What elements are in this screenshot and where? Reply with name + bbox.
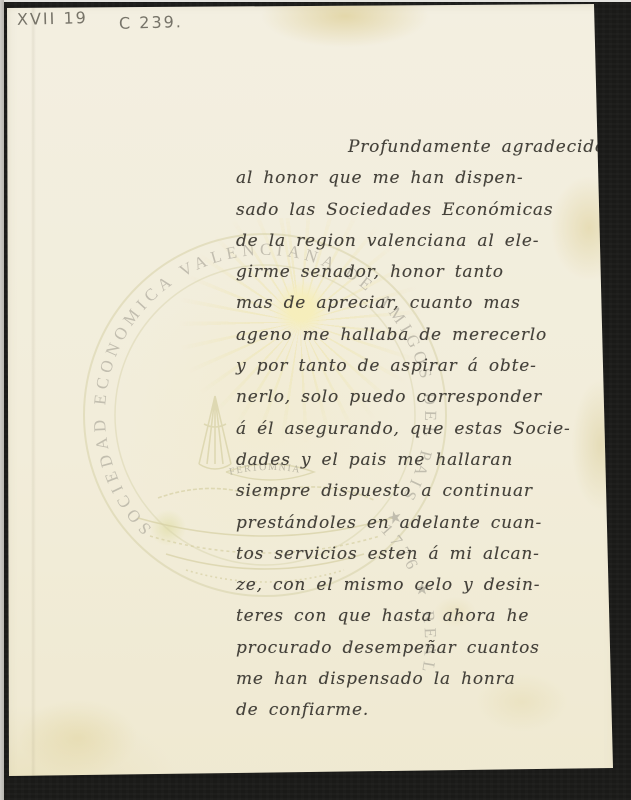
scanner-edge-left bbox=[0, 0, 4, 800]
letter-line: nerlo, solo puedo corresponder bbox=[236, 382, 578, 413]
letter-line: al honor que me han dispen- bbox=[236, 163, 578, 194]
letter-line: prestándoles en adelante cuan- bbox=[236, 508, 578, 539]
letter-line: mas de apreciar, cuanto mas bbox=[236, 288, 578, 319]
scanner-edge-top bbox=[0, 0, 631, 2]
letter-text-block: Profundamente agradecido al honor que me… bbox=[236, 132, 578, 727]
letter-line: teres con que hasta ahora he bbox=[236, 601, 578, 632]
letter-line: ze, con el mismo celo y desin- bbox=[236, 570, 578, 601]
letter-line: ageno me hallaba de merecerlo bbox=[236, 320, 578, 351]
pencil-catalog-number: C 239. bbox=[119, 12, 183, 33]
letter-line: á él asegurando, que estas Socie- bbox=[236, 414, 578, 445]
letter-line: tos servicios esten á mi alcan- bbox=[236, 539, 578, 570]
letter-line: me han dispensado la honra bbox=[236, 664, 578, 695]
scanned-letter-page: SOCIEDAD ECONOMICA VALENCIANA DE AMIGOS … bbox=[0, 0, 631, 800]
letter-line: Profundamente agradecido bbox=[236, 132, 578, 163]
letter-line: sado las Sociedades Económicas bbox=[236, 195, 578, 226]
letter-line: girme senador, honor tanto bbox=[236, 257, 578, 288]
letter-line: y por tanto de aspirar á obte- bbox=[236, 351, 578, 382]
letter-line: de la region valenciana al ele- bbox=[236, 226, 578, 257]
letter-line: siempre dispuesto a continuar bbox=[236, 476, 578, 507]
pencil-shelfmark: XVII 19 bbox=[17, 8, 88, 29]
letter-paper: SOCIEDAD ECONOMICA VALENCIANA DE AMIGOS … bbox=[0, 0, 631, 800]
letter-line: procurado desempeñar cuantos bbox=[236, 633, 578, 664]
letter-line: dades y el pais me hallaran bbox=[236, 445, 578, 476]
seal-wheat-sheaf-icon bbox=[199, 396, 231, 469]
letter-line: de confiarme. bbox=[236, 695, 578, 726]
